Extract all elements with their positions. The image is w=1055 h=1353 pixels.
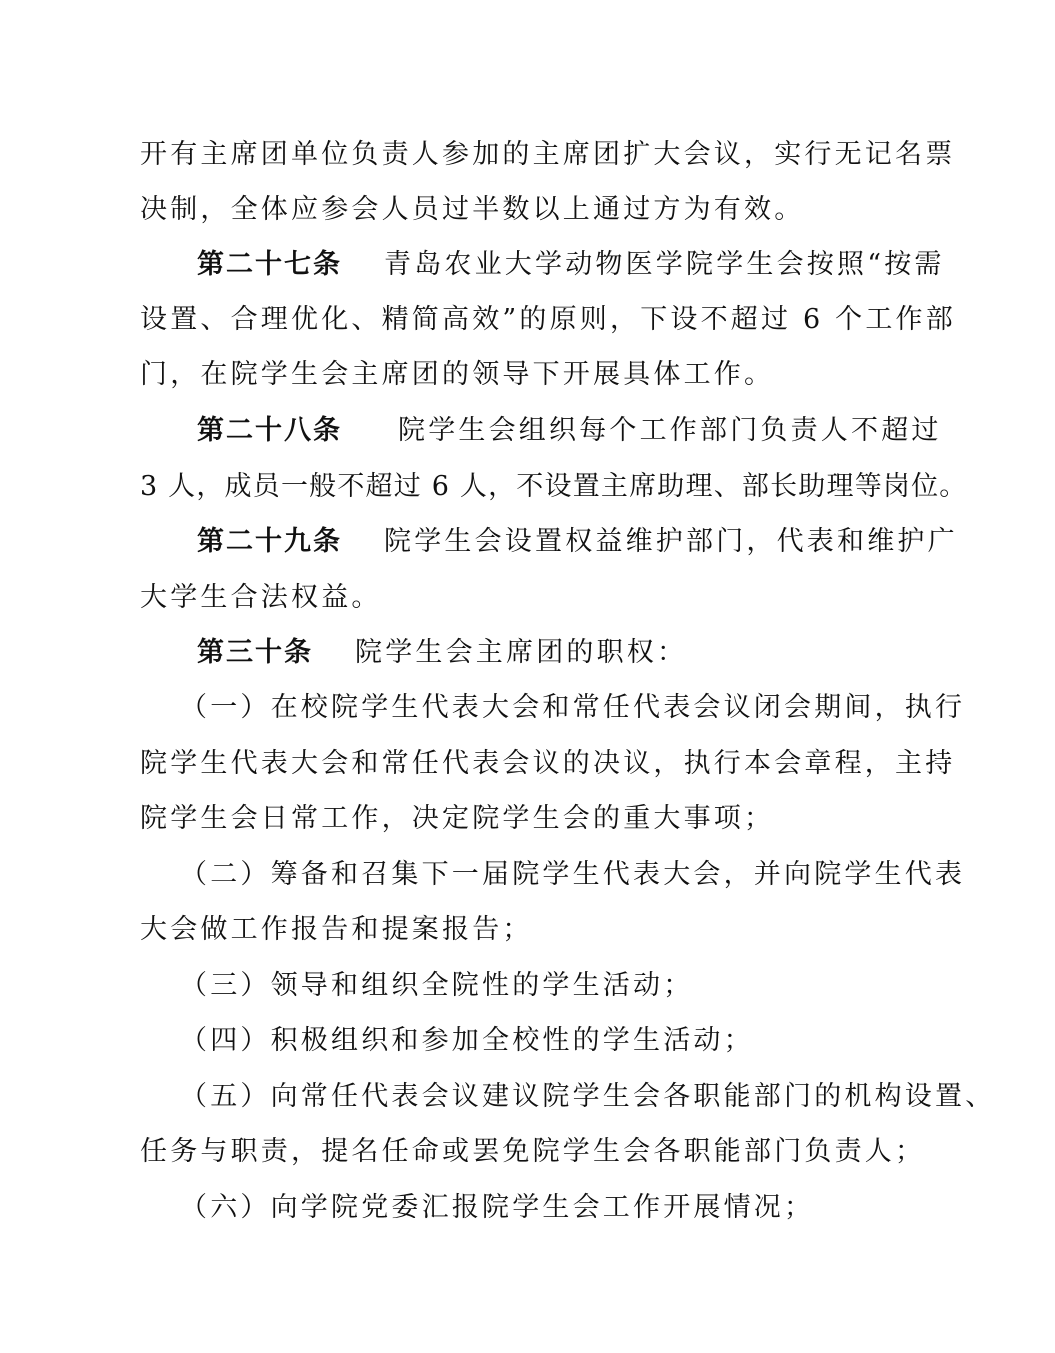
list-item-1: （一）在校院学生代表大会和常任代表会议闭会期间，执行 (180, 688, 965, 728)
article-27: 第二十七条青岛农业大学动物医学院学生会按照“按需 (197, 245, 945, 285)
line-text: （四）积极组织和参加全校性的学生活动； (180, 1025, 754, 1056)
article-number: 第二十七条 (197, 249, 342, 280)
line-text: 院学生会设置权益维护部门，代表和维护广 (384, 526, 958, 557)
article-number: 第三十条 (197, 637, 313, 668)
text-line: 门，在院学生会主席团的领导下开展具体工作。 (140, 355, 774, 395)
text-line: 决制，全体应参会人员过半数以上通过方为有效。 (140, 190, 804, 230)
document-page: 开有主席团单位负责人参加的主席团扩大会议，实行无记名票 决制，全体应参会人员过半… (0, 0, 1055, 1353)
line-text: 设置、合理优化、精简高效”的原则，下设不超过 6 个工作部 (140, 304, 956, 335)
line-text: 青岛农业大学动物医学院学生会按照“按需 (384, 249, 945, 280)
list-item-2: （二）筹备和召集下一届院学生代表大会，并向院学生代表 (180, 855, 965, 895)
article-number: 第二十八条 (197, 415, 342, 446)
text-line: 3 人，成员一般不超过 6 人，不设置主席助理、部长助理等岗位。 (140, 467, 968, 507)
line-text: 决制，全体应参会人员过半数以上通过方为有效。 (140, 194, 804, 225)
line-text: （六）向学院党委汇报院学生会工作开展情况； (180, 1192, 814, 1223)
text-line: 设置、合理优化、精简高效”的原则，下设不超过 6 个工作部 (140, 300, 956, 340)
line-text: 开有主席团单位负责人参加的主席团扩大会议，实行无记名票 (140, 139, 955, 170)
line-text: （三）领导和组织全院性的学生活动； (180, 970, 693, 1001)
line-text: 院学生会组织每个工作部门负责人不超过 (398, 415, 942, 446)
line-text: 院学生会主席团的职权： (355, 637, 687, 668)
line-text: 院学生会日常工作，决定院学生会的重大事项； (140, 803, 774, 834)
line-text: 大会做工作报告和提案报告； (140, 914, 533, 945)
text-line: 院学生会日常工作，决定院学生会的重大事项； (140, 799, 774, 839)
article-29: 第二十九条院学生会设置权益维护部门，代表和维护广 (197, 522, 958, 562)
line-text: 任务与职责，提名任命或罢免院学生会各职能部门负责人； (140, 1136, 925, 1167)
article-28: 第二十八条院学生会组织每个工作部门负责人不超过 (197, 411, 942, 451)
list-item-3: （三）领导和组织全院性的学生活动； (180, 966, 693, 1006)
line-text: （二）筹备和召集下一届院学生代表大会，并向院学生代表 (180, 859, 965, 890)
article-number: 第二十九条 (197, 526, 342, 557)
text-line: 大会做工作报告和提案报告； (140, 910, 533, 950)
article-30: 第三十条院学生会主席团的职权： (197, 633, 687, 673)
line-text: 3 人，成员一般不超过 6 人，不设置主席助理、部长助理等岗位。 (140, 471, 968, 502)
text-line: 开有主席团单位负责人参加的主席团扩大会议，实行无记名票 (140, 135, 955, 175)
line-text: （五）向常任代表会议建议院学生会各职能部门的机构设置、 (180, 1081, 995, 1112)
text-line: 任务与职责，提名任命或罢免院学生会各职能部门负责人； (140, 1132, 925, 1172)
text-line: 大学生合法权益。 (140, 578, 382, 618)
line-text: 大学生合法权益。 (140, 582, 382, 613)
list-item-4: （四）积极组织和参加全校性的学生活动； (180, 1021, 754, 1061)
line-text: 院学生代表大会和常任代表会议的决议，执行本会章程，主持 (140, 748, 955, 779)
line-text: 门，在院学生会主席团的领导下开展具体工作。 (140, 359, 774, 390)
list-item-5: （五）向常任代表会议建议院学生会各职能部门的机构设置、 (180, 1077, 995, 1117)
list-item-6: （六）向学院党委汇报院学生会工作开展情况； (180, 1188, 814, 1228)
line-text: （一）在校院学生代表大会和常任代表会议闭会期间，执行 (180, 692, 965, 723)
text-line: 院学生代表大会和常任代表会议的决议，执行本会章程，主持 (140, 744, 955, 784)
